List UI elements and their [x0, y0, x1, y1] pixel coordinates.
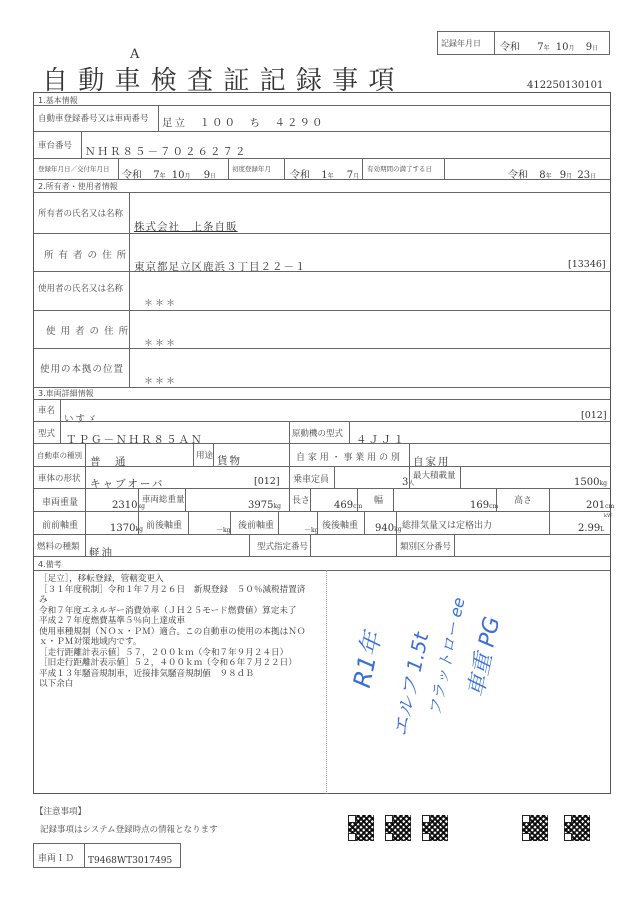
section-vehicle-title: 3.車両詳細情報 — [38, 388, 94, 399]
remarks-line: 使用車種規制（ＮＯｘ・ＰＭ）適合。この自動車の使用の本拠はＮＯ — [39, 627, 305, 638]
record-date-label: 記録年月日 — [441, 38, 481, 49]
type-designation-label: 型式指定番号 — [257, 540, 308, 552]
displacement-unit-kw: kW — [604, 513, 612, 519]
user-name-value: ＊＊＊ — [144, 296, 177, 309]
remarks-line: ［足立］，移転登録，管轄変更入 — [39, 574, 305, 585]
section-remarks-title: 4.備考 — [38, 559, 62, 570]
maker-code: [012] — [581, 410, 607, 421]
qr-code-2 — [385, 815, 411, 841]
displacement-label: 総排気量又は定格出力 — [402, 518, 492, 531]
qr-code-3 — [422, 815, 448, 841]
fr-axle-label: 前後軸重 — [146, 518, 182, 531]
remarks-line: ｘ・ＰＭ対策地域内です。 — [39, 637, 305, 648]
document-number: 412250130101 — [527, 80, 603, 91]
rr-axle-label: 後後軸重 — [322, 518, 358, 531]
remarks-line: ［３１年度税制］令和１年７月２６日 新規登録 ５０％減税措置済 — [39, 585, 305, 596]
handwritten-note-2: エルフ 1.5t — [384, 629, 434, 739]
displacement-value: 2.99L — [578, 523, 604, 534]
engine-value: ４ＪＪ１ — [356, 432, 406, 447]
width-value: 169cm — [470, 500, 498, 511]
qr-code-4 — [522, 815, 548, 841]
chassis-value: ＮＨＲ８５－７０２６２７２ — [85, 144, 248, 159]
maker-value: いすゞ — [64, 411, 99, 425]
weight-value: 2310kg — [112, 500, 145, 511]
remarks-divider — [326, 570, 327, 794]
maker-label: 車名 — [38, 404, 55, 416]
handwritten-note-1: R1年 — [342, 628, 388, 690]
remarks-text: ［足立］，移転登録，管轄変更入［３１年度税制］令和１年７月２６日 新規登録 ５０… — [39, 574, 305, 690]
user-address-label: 使 用 者 の 住 所 — [46, 323, 129, 337]
fuel-label: 燃料の種類 — [37, 540, 80, 552]
vehicle-id-box: 車両ＩＤ T9468WT3017495 — [33, 843, 181, 868]
gross-weight-value: 3975kg — [248, 500, 281, 511]
category-label: 自動車の種別 — [37, 450, 82, 461]
remarks-line: ［旧走行距離計表示値］５２，４００ｋｍ（令和６年７月２２日） — [39, 658, 305, 669]
owner-address-label: 所 有 者 の 住 所 — [44, 247, 127, 261]
capacity-label: 乗車定員 — [293, 472, 329, 485]
height-label: 高さ — [514, 493, 532, 506]
notice-title: 【注意事項】 — [35, 805, 86, 817]
owner-name-label: 所有者の氏名又は名称 — [38, 207, 123, 219]
remarks-line: 平成２７年度燃費基準５％向上達成車 — [39, 616, 305, 627]
gross-weight-label: 車両総重量 — [142, 493, 185, 505]
model-label: 型式 — [38, 427, 55, 439]
first-reg-label: 初度登録年月 — [232, 164, 271, 173]
record-date-value: 令和 7年 10月 9日 — [500, 38, 598, 53]
width-label: 幅 — [374, 493, 383, 506]
handwritten-notes: R1年 エルフ 1.5t フラットロー ee 車重 PG — [334, 583, 604, 783]
use-label: 用途 — [196, 449, 213, 461]
model-value: ＴＰＧ－ＮＨＲ８５ＡＮ — [66, 432, 204, 447]
remarks-line: み — [39, 595, 305, 606]
handwritten-note-4: 車重 PG — [459, 613, 506, 699]
user-name-label: 使用者の氏名又は名称 — [38, 282, 123, 294]
max-load-value: 1500kg — [574, 477, 607, 488]
remarks-line: ［走行距離計表示値］５７，２００ｋｍ（令和７年９月２４日） — [39, 648, 305, 659]
body-label: 車体の形状 — [38, 472, 81, 484]
remarks-line: 平成１３年騒音規制車，近接排気騒音規制値 ９８ｄＢ — [39, 669, 305, 680]
base-location-label: 使用の本拠の位置 — [40, 361, 124, 375]
chassis-label: 車台番号 — [38, 139, 72, 151]
height-value: 201cm — [586, 500, 614, 511]
engine-label: 原動機の型式 — [292, 427, 343, 439]
qr-code-5 — [564, 815, 590, 841]
max-load-label: 最大積載量 — [413, 469, 456, 481]
owner-address-code: [13346] — [568, 259, 606, 270]
body-code: [012] — [254, 476, 280, 487]
registration-label: 自動車登録番号又は車両番号 — [38, 112, 149, 124]
remarks-line: 令和７年度エネルギー消費効率（ＪＨ２５モード燃費値）算定未了 — [39, 606, 305, 617]
base-location-value: ＊＊＊ — [144, 374, 177, 387]
reg-date-label: 登録年月日／交付年月日 — [38, 164, 110, 173]
qr-code-1 — [348, 815, 374, 841]
rr-axle-value: 940kg — [375, 523, 402, 534]
vehicle-id-value: T9468WT3017495 — [88, 856, 172, 866]
fuel-value: 軽油 — [89, 545, 114, 560]
notice-text: 記録事項はシステム登録時点の情報となります — [40, 823, 218, 835]
record-date-box: 記録年月日 令和 7年 10月 9日 — [437, 31, 610, 55]
remarks-line: 以下余白 — [39, 679, 305, 690]
registration-value: 足立 １００ ち ４２９０ — [162, 115, 325, 130]
private-business-label: 自 家 用 ・ 事 業 用 の 別 — [296, 450, 400, 463]
vehicle-id-label: 車両ＩＤ — [38, 851, 74, 864]
ff-axle-label: 前前軸重 — [42, 518, 78, 531]
record-form: 1.基本情報 自動車登録番号又は車両番号 足立 １００ ち ４２９０ 車台番号 … — [33, 92, 611, 794]
category-number-label: 類別区分番号 — [400, 540, 451, 552]
length-label: 長さ — [292, 493, 310, 506]
expiry-label: 有効期間の満了する日 — [367, 164, 432, 173]
rf-axle-label: 後前軸重 — [238, 518, 274, 531]
section-owner-title: 2.所有者・使用者情報 — [38, 181, 118, 192]
weight-label: 車両重量 — [42, 495, 78, 508]
owner-name-value: 株式会社 上条自販 — [134, 219, 238, 234]
